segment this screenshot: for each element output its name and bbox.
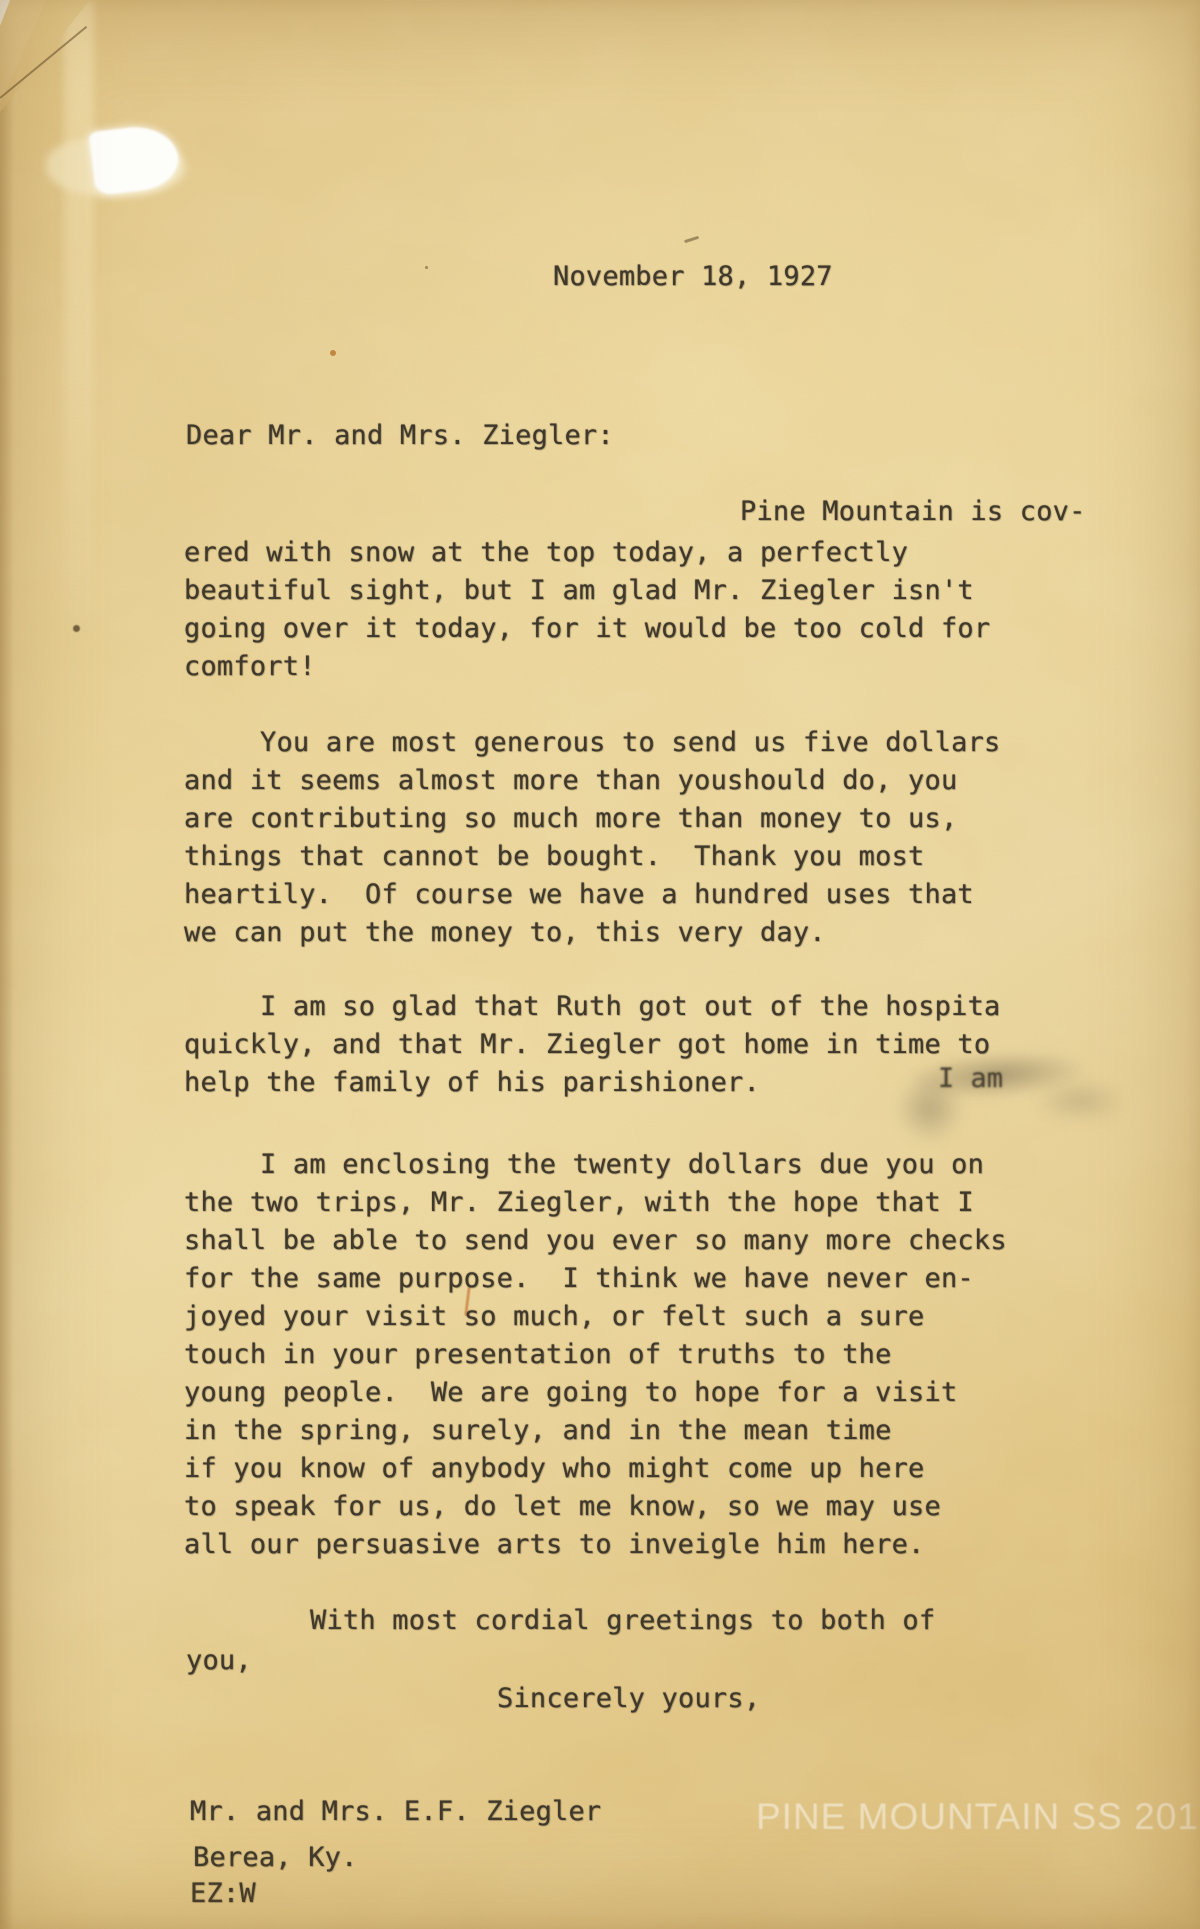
smudged-text: I am <box>938 1063 1003 1094</box>
body-line: help the family of his parishioner. <box>184 1068 760 1098</box>
body-line: joyed your visit so much, or felt such a… <box>184 1302 925 1332</box>
ink-speck <box>330 350 336 356</box>
body-line: comfort! <box>184 652 316 682</box>
body-line: going over it today, for it would be too… <box>184 614 990 644</box>
body-line: we can put the money to, this very day. <box>184 918 826 948</box>
body-line: I am enclosing the twenty dollars due yo… <box>260 1150 984 1180</box>
erasure-smudge <box>1035 1078 1125 1124</box>
archive-watermark: PINE MOUNTAIN SS 2018 <box>756 1796 1200 1838</box>
body-line: in the spring, surely, and in the mean t… <box>184 1416 892 1446</box>
ink-speck <box>425 266 428 269</box>
body-line: Pine Mountain is cov- <box>740 497 1086 527</box>
address-line: Berea, Ky. <box>193 1843 358 1873</box>
paper-edge-shading <box>0 0 14 1929</box>
closing-line: With most cordial greetings to both of <box>310 1606 935 1636</box>
letter-page: November 18, 1927 Dear Mr. and Mrs. Zieg… <box>0 0 1200 1929</box>
body-line: shall be able to send you ever so many m… <box>184 1226 1007 1256</box>
body-line: the two trips, Mr. Ziegler, with the hop… <box>184 1188 974 1218</box>
body-line: and it seems almost more than youshould … <box>184 766 957 796</box>
body-line: heartily. Of course we have a hundred us… <box>184 880 974 910</box>
body-line: beautiful sight, but I am glad Mr. Ziegl… <box>184 576 974 606</box>
paper-light-streak <box>64 0 94 660</box>
typist-initials-line: EZ:W <box>190 1879 256 1909</box>
body-line: touch in your presentation of truths to … <box>184 1340 892 1370</box>
body-line: are contributing so much more than money… <box>184 804 957 834</box>
body-line: You are most generous to send us five do… <box>260 728 1001 758</box>
body-line: quickly, and that Mr. Ziegler got home i… <box>184 1030 990 1060</box>
body-line: ered with snow at the top today, a perfe… <box>184 538 908 568</box>
recipient-line: Mr. and Mrs. E.F. Ziegler <box>190 1797 601 1827</box>
fiber-mark <box>684 236 699 243</box>
body-line: to speak for us, do let me know, so we m… <box>184 1492 941 1522</box>
body-line: I am so glad that Ruth got out of the ho… <box>260 992 1001 1022</box>
body-line: things that cannot be bought. Thank you … <box>184 842 925 872</box>
closing-line: you, <box>186 1646 252 1676</box>
body-line: for the same purpose. I think we have ne… <box>184 1264 974 1294</box>
date-line: November 18, 1927 <box>553 262 833 292</box>
salutation-line: Dear Mr. and Mrs. Ziegler: <box>186 421 614 451</box>
signoff-line: Sincerely yours, <box>497 1684 760 1714</box>
body-line: all our persuasive arts to inveigle him … <box>184 1530 925 1560</box>
ink-speck <box>73 625 80 632</box>
body-line: young people. We are going to hope for a… <box>184 1378 957 1408</box>
body-line: if you know of anybody who might come up… <box>184 1454 925 1484</box>
